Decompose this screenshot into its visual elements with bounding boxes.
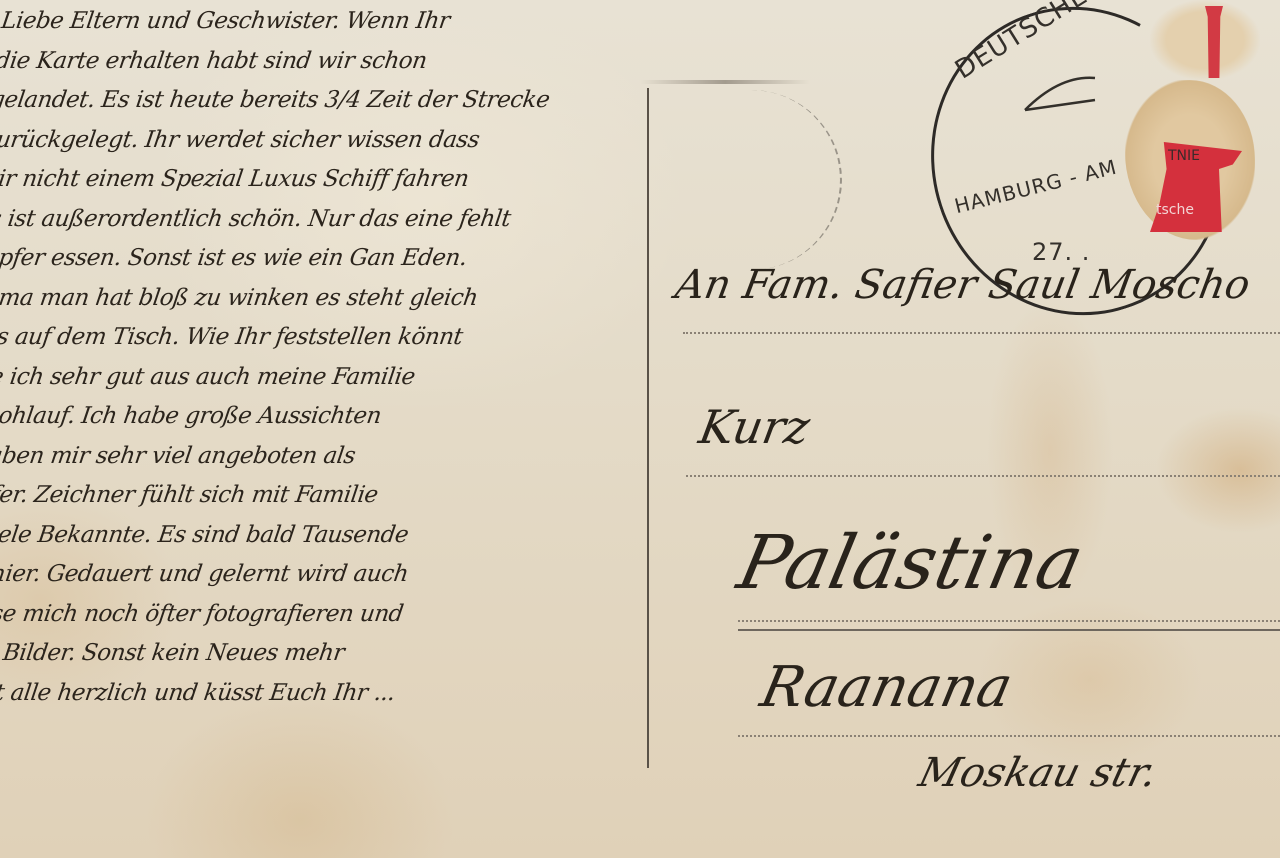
torn-paper: [1150, 0, 1260, 80]
message-line: ist wohlauf. Ich habe große Aussichten: [0, 397, 588, 437]
address-guide-line: [683, 332, 1280, 334]
address-street: Moskau str.: [914, 750, 1162, 796]
message-line: Schiffer. Zeichner fühlt sich mit Famili…: [0, 476, 577, 516]
address-underline: [738, 629, 1280, 631]
message-line: sehe ich sehr gut aus auch meine Familie: [0, 358, 594, 398]
address-guide-line: [686, 475, 1280, 477]
message-line: wir nicht einem Spezial Luxus Schiff fah…: [0, 160, 622, 200]
message-line: gelandet. Es ist heute bereits 3/4 Zeit …: [0, 81, 633, 121]
center-divider-line: [647, 88, 649, 768]
postmark-arc-icon: [1020, 70, 1100, 120]
message-line: von J. hier. Gedauert und gelernt wird a…: [0, 555, 566, 595]
message-line: Es ist außerordentlich schön. Nur das ei…: [0, 200, 616, 240]
postcard-photo: Liebe Eltern und Geschwister. Wenn Ihr d…: [0, 0, 1280, 858]
address-guide-line: [738, 620, 1280, 622]
message-line: Ich lasse mich noch öfter fotografieren …: [0, 595, 561, 635]
message-line: und viele Bekannte. Es sind bald Tausend…: [0, 516, 572, 556]
message-line: Es haben mir sehr viel angeboten als: [0, 437, 583, 477]
address-city: Raanana: [755, 655, 1018, 720]
handwritten-message: Liebe Eltern und Geschwister. Wenn Ihr d…: [0, 2, 644, 713]
message-line: zurückgelegt. Ihr werdet sicher wissen d…: [0, 121, 627, 161]
message-line: alles auf dem Tisch. Wie Ihr feststellen…: [0, 318, 600, 358]
address-guide-line: [738, 735, 1280, 737]
address-recipient: An Fam. Safier Saul Moscho: [672, 262, 1254, 308]
faint-postmark-impression: [660, 90, 842, 270]
message-line: Es grüßt alle herzlich und küsst Euch Ih…: [0, 674, 550, 714]
message-line: Mama man hat bloß zu winken es steht gle…: [0, 279, 605, 319]
message-line: die Karte erhalten habt sind wir schon: [0, 42, 638, 82]
address-line-2: Kurz: [695, 400, 814, 454]
message-line: Liebe Eltern und Geschwister. Wenn Ihr: [0, 2, 644, 42]
address-country: Palästina: [731, 520, 1091, 606]
message-line: Kupfer essen. Sonst ist es wie ein Gan E…: [0, 239, 611, 279]
pencil-smudge: [640, 80, 810, 84]
stamp-text: tsche: [1156, 202, 1194, 218]
message-line: schicke Bilder. Sonst kein Neues mehr: [0, 634, 555, 674]
stamp-text: TNIE: [1168, 148, 1200, 164]
